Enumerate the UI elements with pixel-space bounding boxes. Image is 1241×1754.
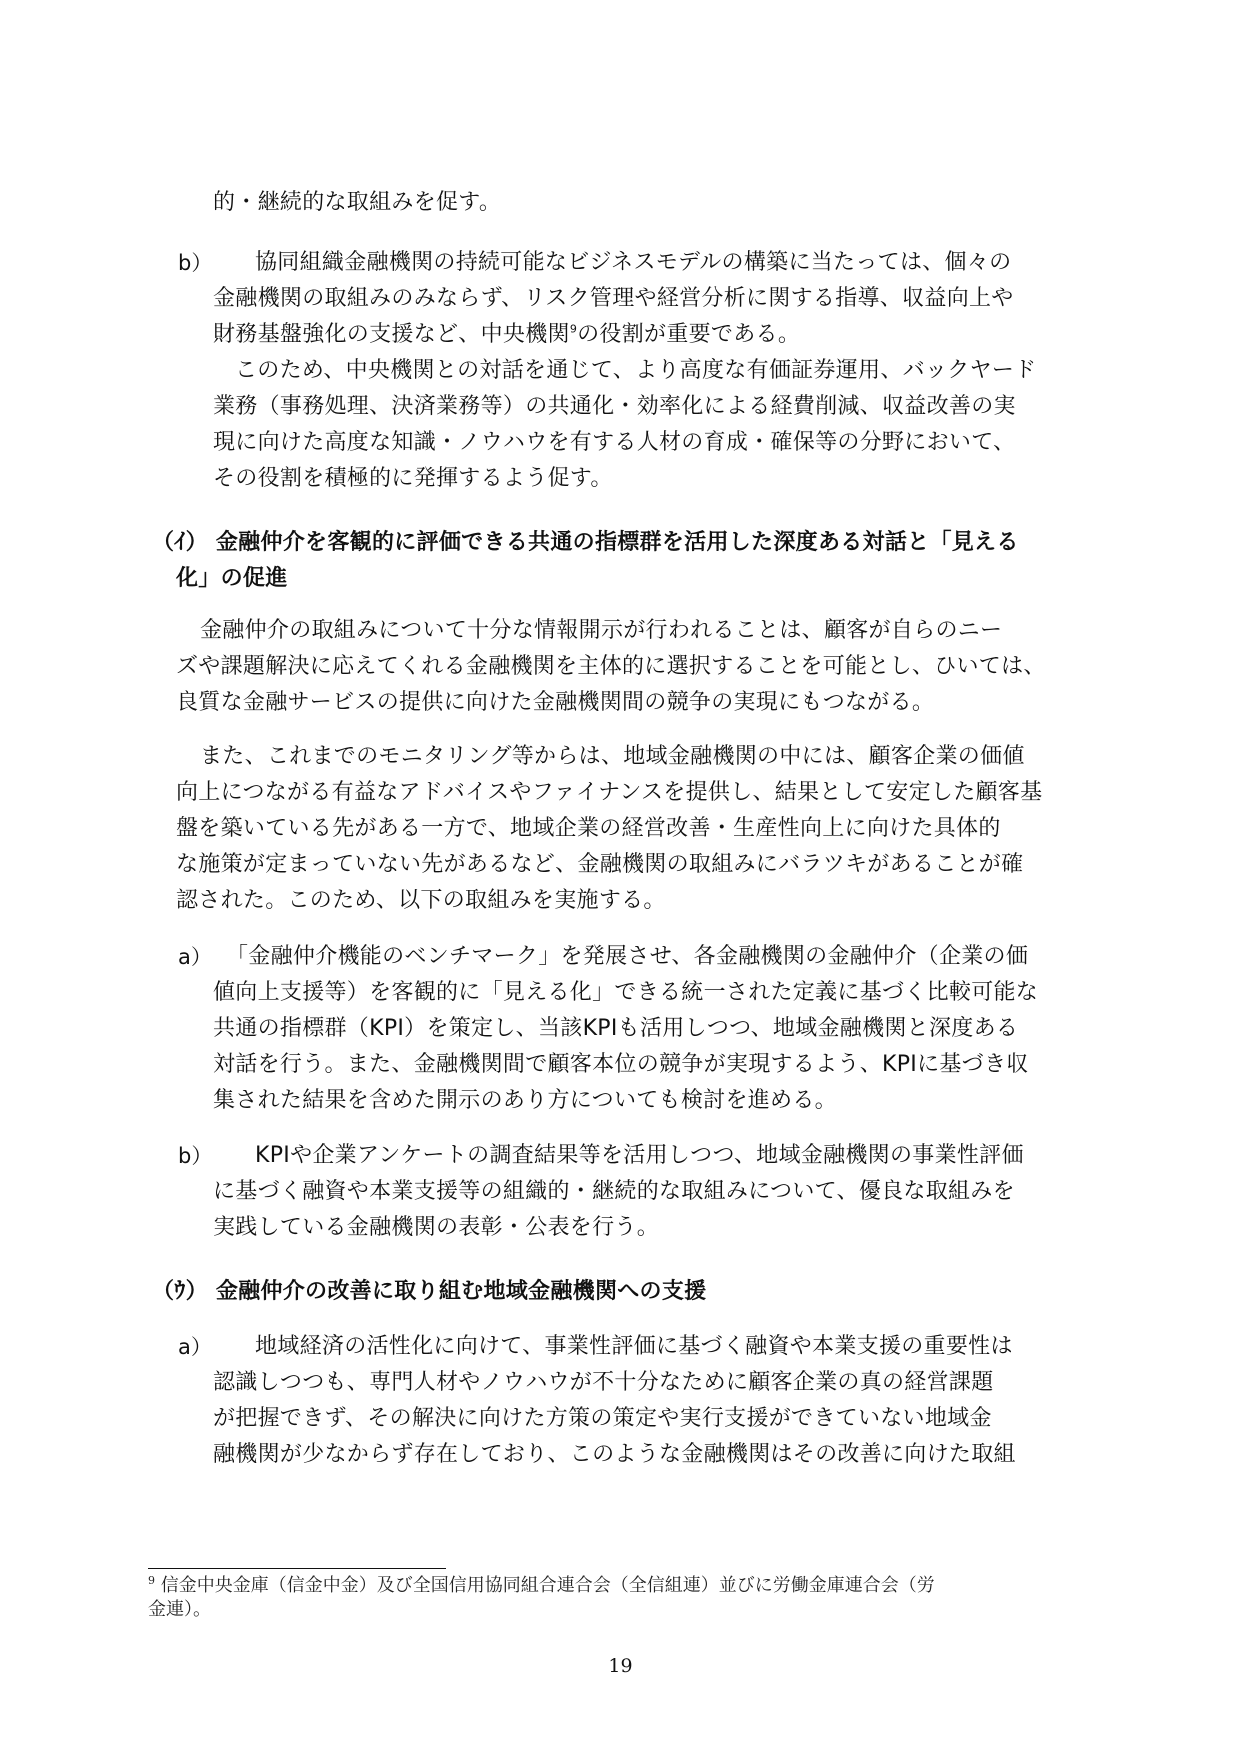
- section-i-heading-line-1: （ｲ） 金融仲介を客観的に評価できる共通の指標群を活用した深度ある対話と「見える: [152, 532, 1019, 554]
- section-i-item-a-label: a）: [178, 946, 212, 968]
- section-i-para2-line-3: 盤を築いている先がある一方で、地域企業の経営改善・生産性向上に向けた具体的: [176, 818, 1001, 840]
- section-i-para1-line-2: ズや課題解決に応えてくれる金融機関を主体的に選択することを可能とし、ひいては、: [176, 656, 1046, 678]
- item-b1-para2-line-1: このため、中央機関との対話を通じて、より高度な有価証券運用、バックヤード: [235, 360, 1036, 382]
- footnote-line-1: 9 信金中央金庫（信金中金）及び全国信用協同組合連合会（全信組連）並びに労働金庫…: [148, 1577, 935, 1595]
- footnote-number: 9: [148, 1574, 155, 1587]
- section-i-para1-line-1: 金融仲介の取組みについて十分な情報開示が行われることは、顧客が自らのニー: [200, 620, 1002, 642]
- section-u-item-a-label: a）: [178, 1336, 212, 1358]
- section-i-item-a-line-2: 値向上支援等）を客観的に「見える化」できる統一された定義に基づく比較可能な: [213, 982, 1038, 1004]
- section-u-item-a-line-3: が把握できず、その解決に向けた方策の策定や実行支援ができていない地域金: [213, 1408, 992, 1430]
- section-i-para2-line-4: な施策が定まっていない先があるなど、金融機関の取組みにバラツキがあることが確: [176, 854, 1023, 876]
- section-u-item-a-line-1: 地域経済の活性化に向けて、事業性評価に基づく融資や本業支援の重要性は: [255, 1336, 1013, 1358]
- item-b1-line-1: 協同組織金融機関の持続可能なビジネスモデルの構築に当たっては、個々の: [255, 252, 1011, 274]
- continuation-text: 的・継続的な取組みを促す。: [213, 192, 501, 214]
- section-i-para2-line-1: また、これまでのモニタリング等からは、地域金融機関の中には、顧客企業の価値: [200, 746, 1025, 768]
- section-i-item-a-line-3: 共通の指標群（KPI）を策定し、当該KPIも活用しつつ、地域金融機関と深度ある: [213, 1018, 1018, 1040]
- section-i-para2-line-2: 向上につながる有益なアドバイスやファイナンスを提供し、結果として安定した顧客基: [176, 782, 1042, 804]
- item-b1-para2-line-4: その役割を積極的に発揮するよう促す。: [213, 468, 613, 490]
- item-b1-para2-line-2: 業務（事務処理、決済業務等）の共通化・効率化による経費削減、収益改善の実: [213, 396, 1016, 418]
- section-i-item-b-line-2: に基づく融資や本業支援等の組織的・継続的な取組みについて、優良な取組みを: [213, 1181, 1015, 1203]
- footnote-separator: [148, 1568, 446, 1569]
- section-i-item-a-line-1: 「金融仲介機能のベンチマーク」を発展させ、各金融機関の金融仲介（企業の価: [226, 946, 1028, 968]
- section-i-item-b-line-1: KPIや企業アンケートの調査結果等を活用しつつ、地域金融機関の事業性評価: [255, 1145, 1024, 1167]
- item-b1-line-2: 金融機関の取組みのみならず、リスク管理や経営分析に関する指導、収益向上や: [213, 288, 1014, 310]
- section-i-para2-line-5: 認された。このため、以下の取組みを実施する。: [176, 890, 666, 912]
- item-b1-line-3: 財務基盤強化の支援など、中央機関9の役割が重要である。: [213, 324, 800, 346]
- section-i-para1-line-3: 良質な金融サービスの提供に向けた金融機関間の競争の実現にもつながる。: [176, 692, 934, 714]
- footnote-line-2: 金連）。: [148, 1601, 211, 1619]
- section-u-heading: （ｳ） 金融仲介の改善に取り組む地域金融機関への支援: [152, 1281, 706, 1303]
- section-u-item-a-line-4: 融機関が少なからず存在しており、このような金融機関はその改善に向けた取組: [213, 1444, 1016, 1466]
- section-i-item-b-line-3: 実践している金融機関の表彰・公表を行う。: [213, 1217, 659, 1239]
- section-i-item-a-line-5: 集された結果を含めた開示のあり方についても検討を進める。: [213, 1090, 837, 1112]
- section-i-item-a-line-4: 対話を行う。また、金融機関間で顧客本位の競争が実現するよう、KPIに基づき収: [213, 1054, 1029, 1076]
- page-number: 19: [0, 1655, 1241, 1677]
- section-i-item-b-label: b）: [178, 1145, 212, 1167]
- section-i-heading-line-2: 化」の促進: [176, 568, 288, 590]
- item-b1-label: b）: [178, 252, 212, 274]
- item-b1-para2-line-3: 現に向けた高度な知識・ノウハウを有する人材の育成・確保等の分野において、: [213, 432, 1015, 454]
- section-u-item-a-line-2: 認識しつつも、専門人材やノウハウが不十分なために顧客企業の真の経営課題: [213, 1372, 994, 1394]
